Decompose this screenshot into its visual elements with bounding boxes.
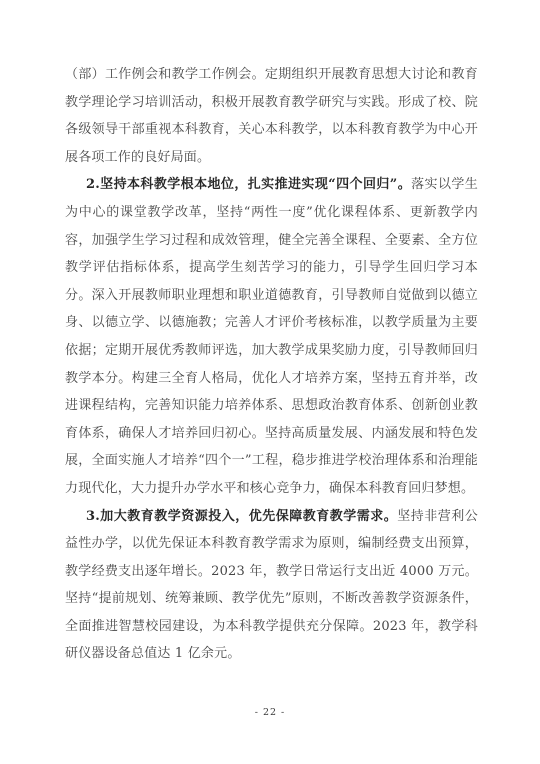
page-footer: - 22 - — [0, 700, 540, 719]
paragraph-text: 坚持非营利公益性办学，以优先保证本科教育教学需求为原则，编制经费支出预算，教学经… — [65, 509, 478, 662]
paragraph: （部）工作例会和教学工作例会。定期组织开展教育思想大讨论和教育教学理论学习培训活… — [65, 61, 478, 171]
paragraph-text: （部）工作例会和教学工作例会。定期组织开展教育思想大讨论和教育教学理论学习培训活… — [65, 67, 478, 165]
document-body: （部）工作例会和教学工作例会。定期组织开展教育思想大讨论和教育教学理论学习培训活… — [65, 61, 478, 668]
document-page: （部）工作例会和教学工作例会。定期组织开展教育思想大讨论和教育教学理论学习培训活… — [0, 0, 540, 764]
paragraph: 2.坚持本科教学根本地位，扎实推进实现“四个回归”。落实以学生为中心的课堂教学改… — [65, 171, 478, 502]
paragraph-heading-text: 2.坚持本科教学根本地位，扎实推进实现“四个回归”。 — [86, 177, 411, 192]
page-number: - 22 - — [255, 707, 286, 718]
paragraph-text: 落实以学生为中心的课堂教学改革，坚持“两性一度”优化课程体系、更新教学内容，加强… — [65, 177, 478, 496]
paragraph-heading-text: 3.加大教育教学资源投入，优先保障教育教学需求。 — [86, 509, 397, 524]
paragraph: 3.加大教育教学资源投入，优先保障教育教学需求。坚持非营利公益性办学，以优先保证… — [65, 503, 478, 669]
